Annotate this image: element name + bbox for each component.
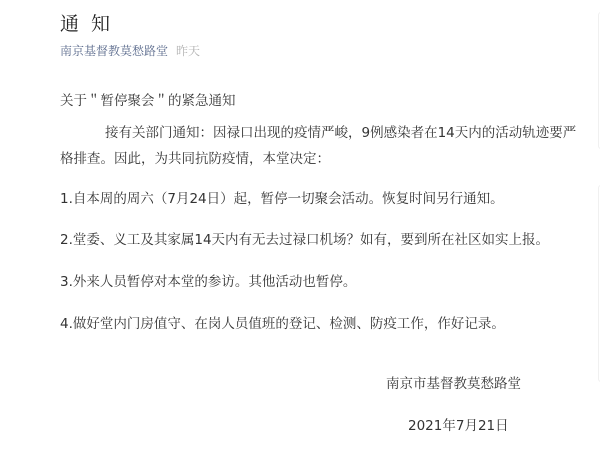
article-meta: 南京基督教莫愁路堂昨天 (60, 43, 200, 59)
list-item: 3.外来人员暂停对本堂的参访。其他活动也暂停。 (60, 273, 356, 291)
paragraph-line-2: 格排查。因此，为共同抗防疫情，本堂决定： (60, 150, 330, 168)
article-title: 通 知 (60, 11, 113, 37)
notice-article: 通 知 南京基督教莫愁路堂昨天 关于＂暂停聚会＂的紧急通知 接有关部门通知：因禄… (0, 0, 600, 460)
list-item: 1.自本周的周六（7月24日）起，暂停一切聚会活动。恢复时间另行通知。 (60, 190, 504, 208)
publish-time: 昨天 (176, 44, 200, 58)
notice-heading: 关于＂暂停聚会＂的紧急通知 (60, 92, 236, 110)
author-link[interactable]: 南京基督教莫愁路堂 (60, 44, 168, 58)
list-item: 4.做好堂内门房值守、在岗人员值班的登记、检测、防疫工作，作好记录。 (60, 315, 505, 333)
signature-date: 2021年7月21日 (408, 417, 509, 435)
signature-organization: 南京市基督教莫愁路堂 (386, 375, 521, 393)
paragraph-line-1: 接有关部门通知：因禄口出现的疫情严峻，9例感染者在14天内的活动轨迹要严 (105, 124, 576, 142)
list-item: 2.堂委、义工及其家属14天内有无去过禄口机场？如有，要到所在社区如实上报。 (60, 231, 549, 249)
